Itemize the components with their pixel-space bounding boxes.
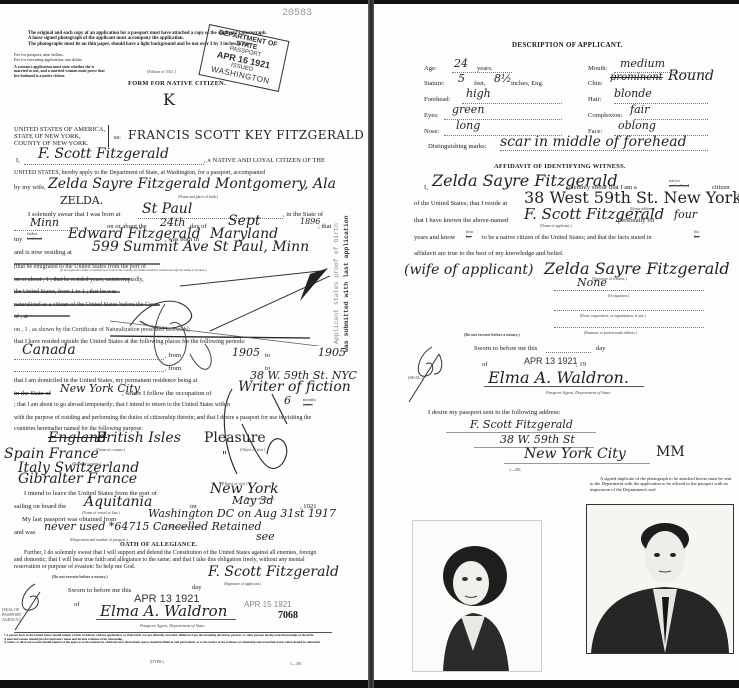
seal-scribble xyxy=(10,582,50,632)
photo-scott xyxy=(586,504,734,654)
mailing-line-2: 38 W. 59th St xyxy=(500,433,575,446)
agent-signature: Elma A. Waldron xyxy=(100,602,227,620)
sworn-day-line xyxy=(546,352,591,353)
sailing-label: sailing on board the xyxy=(14,503,66,510)
witness-day-label: day xyxy=(596,345,606,352)
country-1: British Isles xyxy=(96,430,181,446)
witness-agent-caption: Passport Agent, Department of State. xyxy=(546,390,612,395)
reside-label: of the United States; that I reside at xyxy=(414,200,507,207)
business-caption: (Business or professional address.) xyxy=(584,331,637,335)
mailing-form-code: 1—456 xyxy=(509,468,520,472)
business-line xyxy=(554,327,704,328)
and-was-label: and was xyxy=(14,529,35,536)
received-date-stamp: APR 15 1921 xyxy=(244,600,292,609)
i-label: I, xyxy=(16,157,20,164)
vessel-name: Aquitania xyxy=(84,494,152,510)
photo-note: A signed duplicate of the photograph to … xyxy=(590,476,736,492)
complexion-value: fair xyxy=(630,103,649,116)
side-note-2: was submitted with last application xyxy=(343,215,350,352)
birth-state: Minn xyxy=(30,216,59,229)
side-note-1: Applicant states proof of birth xyxy=(333,223,340,344)
affidavit-title: AFFIDAVIT OF IDENTIFYING WITNESS. xyxy=(494,163,626,170)
description-title: DESCRIPTION OF APPLICANT. xyxy=(512,41,623,49)
occupation-label: , where I follow the occupation of xyxy=(122,390,212,397)
full-name: FRANCIS SCOTT KEY FITZGERALD xyxy=(128,128,364,142)
country-caption-1: (Name of country.) xyxy=(96,448,125,452)
portrait-man-icon xyxy=(587,505,733,653)
forehead-value: high xyxy=(466,87,491,100)
stature-inches: 8½ xyxy=(494,72,512,85)
witness-of-label: of xyxy=(482,361,488,368)
eyes-label: Eyes: xyxy=(424,112,439,119)
sworn-label: Sworn to before me this xyxy=(68,587,131,594)
eyes-value: green xyxy=(452,103,484,116)
desc-line xyxy=(462,103,562,104)
left-page: 20583 The original and each copy of an a… xyxy=(0,4,368,680)
stature-label: Stature: xyxy=(424,80,445,87)
applicant-signature: F. Scott Fitzgerald xyxy=(208,564,339,580)
witness-agent-signature: Elma A. Waldron. xyxy=(488,368,629,387)
his-her-option: his her xyxy=(694,229,700,239)
inches-unit: inches, Eng. xyxy=(511,80,543,87)
last-passport-origin: Washington DC on Aug 31st 1917 xyxy=(148,507,336,520)
distinguishing-marks: scar in middle of forehead xyxy=(500,134,687,150)
in-state-label: in the State of xyxy=(14,390,51,397)
to-label-1: to xyxy=(265,352,270,359)
affidavit-end: affidavit are true to the best of my kno… xyxy=(414,250,564,257)
agent-caption: Passport Agent, Department of State. xyxy=(140,623,206,628)
name-line xyxy=(24,164,204,165)
residence-line-1 xyxy=(14,359,164,360)
nose-value: long xyxy=(456,119,480,132)
affidavit-i-label: I, xyxy=(424,184,428,191)
father-residence: 599 Summit Ave St Paul, Minn xyxy=(92,239,309,255)
clerk-initials: MM xyxy=(656,444,685,460)
seal-initials-scribble xyxy=(404,344,449,404)
wife-caption: (Name and place of birth.) xyxy=(178,195,218,199)
chin-value: Round xyxy=(668,68,714,84)
years-known: four xyxy=(674,208,697,221)
father-husband-option: father husband xyxy=(27,231,42,241)
from-label-2: , from xyxy=(165,365,181,372)
check-mark: K xyxy=(163,90,175,109)
day-label: day xyxy=(192,584,202,591)
form-title: FORM FOR NATIVE CITIZEN. xyxy=(128,80,226,87)
forehead-label: Forehead: xyxy=(424,96,450,103)
chin-label: Chin: xyxy=(588,80,603,87)
of-label: of xyxy=(74,601,80,608)
months-years-option: months years xyxy=(303,397,316,407)
native-citizen-label: , a NATIVE AND LOYAL CITIZEN OF THE xyxy=(204,157,325,164)
residence-line-2 xyxy=(14,371,164,372)
desc-line xyxy=(614,72,708,73)
witness-sworn-stamp: APR 13 1921 xyxy=(524,356,578,366)
applicant-caption: (Name of applicant.) xyxy=(540,224,572,228)
mailing-underline-3 xyxy=(504,463,650,464)
age-value: 24 xyxy=(454,57,468,70)
hair-value: blonde xyxy=(614,87,652,100)
agent-line xyxy=(96,619,236,620)
mailing-label: I desire my passport sent to the followi… xyxy=(428,409,561,416)
oath-title: OATH OF ALLEGIANCE. xyxy=(120,541,198,548)
marks-label: Distinguishing marks: xyxy=(428,143,486,150)
years-know-label: years and know xyxy=(414,234,455,241)
right-page: DESCRIPTION OF APPLICANT. Age: 24 years.… xyxy=(374,4,739,680)
witness-notary-warning: (Do not execute before a notary.) xyxy=(464,332,520,337)
residing-label: and is now residing at xyxy=(14,249,72,256)
age-label: Age: xyxy=(424,65,437,72)
mailing-line-1: F. Scott Fitzgerald xyxy=(470,418,573,431)
fee-note: Fee for passport, nine dollars. Fee for … xyxy=(14,52,83,62)
wife-birthplace: Montgomery, Ala xyxy=(215,176,336,192)
notary-warning: (Do not execute before a notary.) xyxy=(52,574,108,579)
feet-unit: feet, xyxy=(474,80,486,87)
see-notation: see xyxy=(256,530,275,543)
approval-signature-scribble xyxy=(212,384,302,494)
residence-place-1: Canada xyxy=(22,342,76,358)
portrait-woman-icon xyxy=(413,521,541,671)
woman-note: A woman's application must state whether… xyxy=(14,65,106,78)
brace xyxy=(108,125,109,147)
mailing-line-3: New York City xyxy=(524,446,626,462)
abroad-label: ; that I am about to go abroad temporari… xyxy=(14,402,230,408)
native-naturalized-option: native naturalized xyxy=(669,178,689,188)
occupation-caption: (Occupation.) xyxy=(608,294,629,298)
marks-line xyxy=(500,150,708,151)
stature-feet: 5 xyxy=(458,72,465,85)
complexion-label: Complexion: xyxy=(588,112,622,119)
my-label: my xyxy=(14,236,22,243)
ss-label: ss: xyxy=(114,134,121,141)
personally-label: personally for xyxy=(618,217,655,224)
him-her-option: him her xyxy=(466,229,473,239)
birthplace: St Paul xyxy=(142,201,192,217)
desc-line xyxy=(634,119,708,120)
hair-label: Hair: xyxy=(588,96,602,103)
file-number: 7068 xyxy=(278,610,298,621)
vessel-caption: (Name of vessel or line.) xyxy=(82,511,120,515)
wife-name: Zelda Sayre Fitzgerald xyxy=(48,176,210,192)
sailing-date: May 3d xyxy=(232,494,274,507)
jurisdiction-block: UNITED STATES OF AMERICA, STATE OF NEW Y… xyxy=(14,126,105,147)
photo-zelda xyxy=(412,520,542,672)
age-unit: years. xyxy=(477,65,493,72)
chin-struck: prominent xyxy=(610,72,663,83)
wife-nickname: ZELDA. xyxy=(60,194,103,207)
footnotes: * A person born in the United States sho… xyxy=(4,634,326,645)
face-value: oblong xyxy=(618,119,656,132)
known-label: that I have known the above-named xyxy=(414,217,508,224)
witness-signature: Zelda Sayre Fitzgerald xyxy=(544,259,730,278)
country-3: Italy Switzerland Gibralter France xyxy=(18,463,188,485)
residence-to-1: 1905 xyxy=(318,346,346,359)
that-label: ; that xyxy=(318,223,331,230)
witness-agent-line xyxy=(484,386,644,387)
residence-from-1: 1905 xyxy=(232,346,260,359)
passport-disposition: never used *64715 Cancelled Retained xyxy=(44,520,262,533)
witness-occupation: None xyxy=(577,276,607,289)
applicant-name: F. Scott Fitzgerald xyxy=(38,146,169,162)
mouth-label: Mouth: xyxy=(588,65,607,72)
edition-label: [Edition of 1921.] xyxy=(147,69,176,74)
desc-line xyxy=(452,72,512,73)
year-label: , 19 xyxy=(576,361,586,368)
signature-caption: (Signature of applicant.) xyxy=(224,582,261,586)
form-code: 1—456 xyxy=(290,662,301,666)
firm-line xyxy=(554,310,704,311)
desc-line xyxy=(444,119,562,120)
nose-label: Nose: xyxy=(424,128,439,135)
serial-number: 20583 xyxy=(282,8,312,19)
from-label-1: , from xyxy=(165,352,181,359)
over-label: [OVER.] xyxy=(150,660,164,664)
mouth-value: medium xyxy=(620,57,665,70)
occupation-line xyxy=(554,290,704,291)
native-citizen-text: to be a native citizen of the United Sta… xyxy=(482,234,651,241)
witness-relation: (wife of applicant) xyxy=(404,262,533,278)
firm-caption: (Firm, corporation, or organization, if … xyxy=(580,314,646,318)
witness-sworn-label: Sworn to before me this xyxy=(474,345,537,352)
by-wife-label: by my wife, xyxy=(14,184,46,191)
desc-line xyxy=(614,103,708,104)
